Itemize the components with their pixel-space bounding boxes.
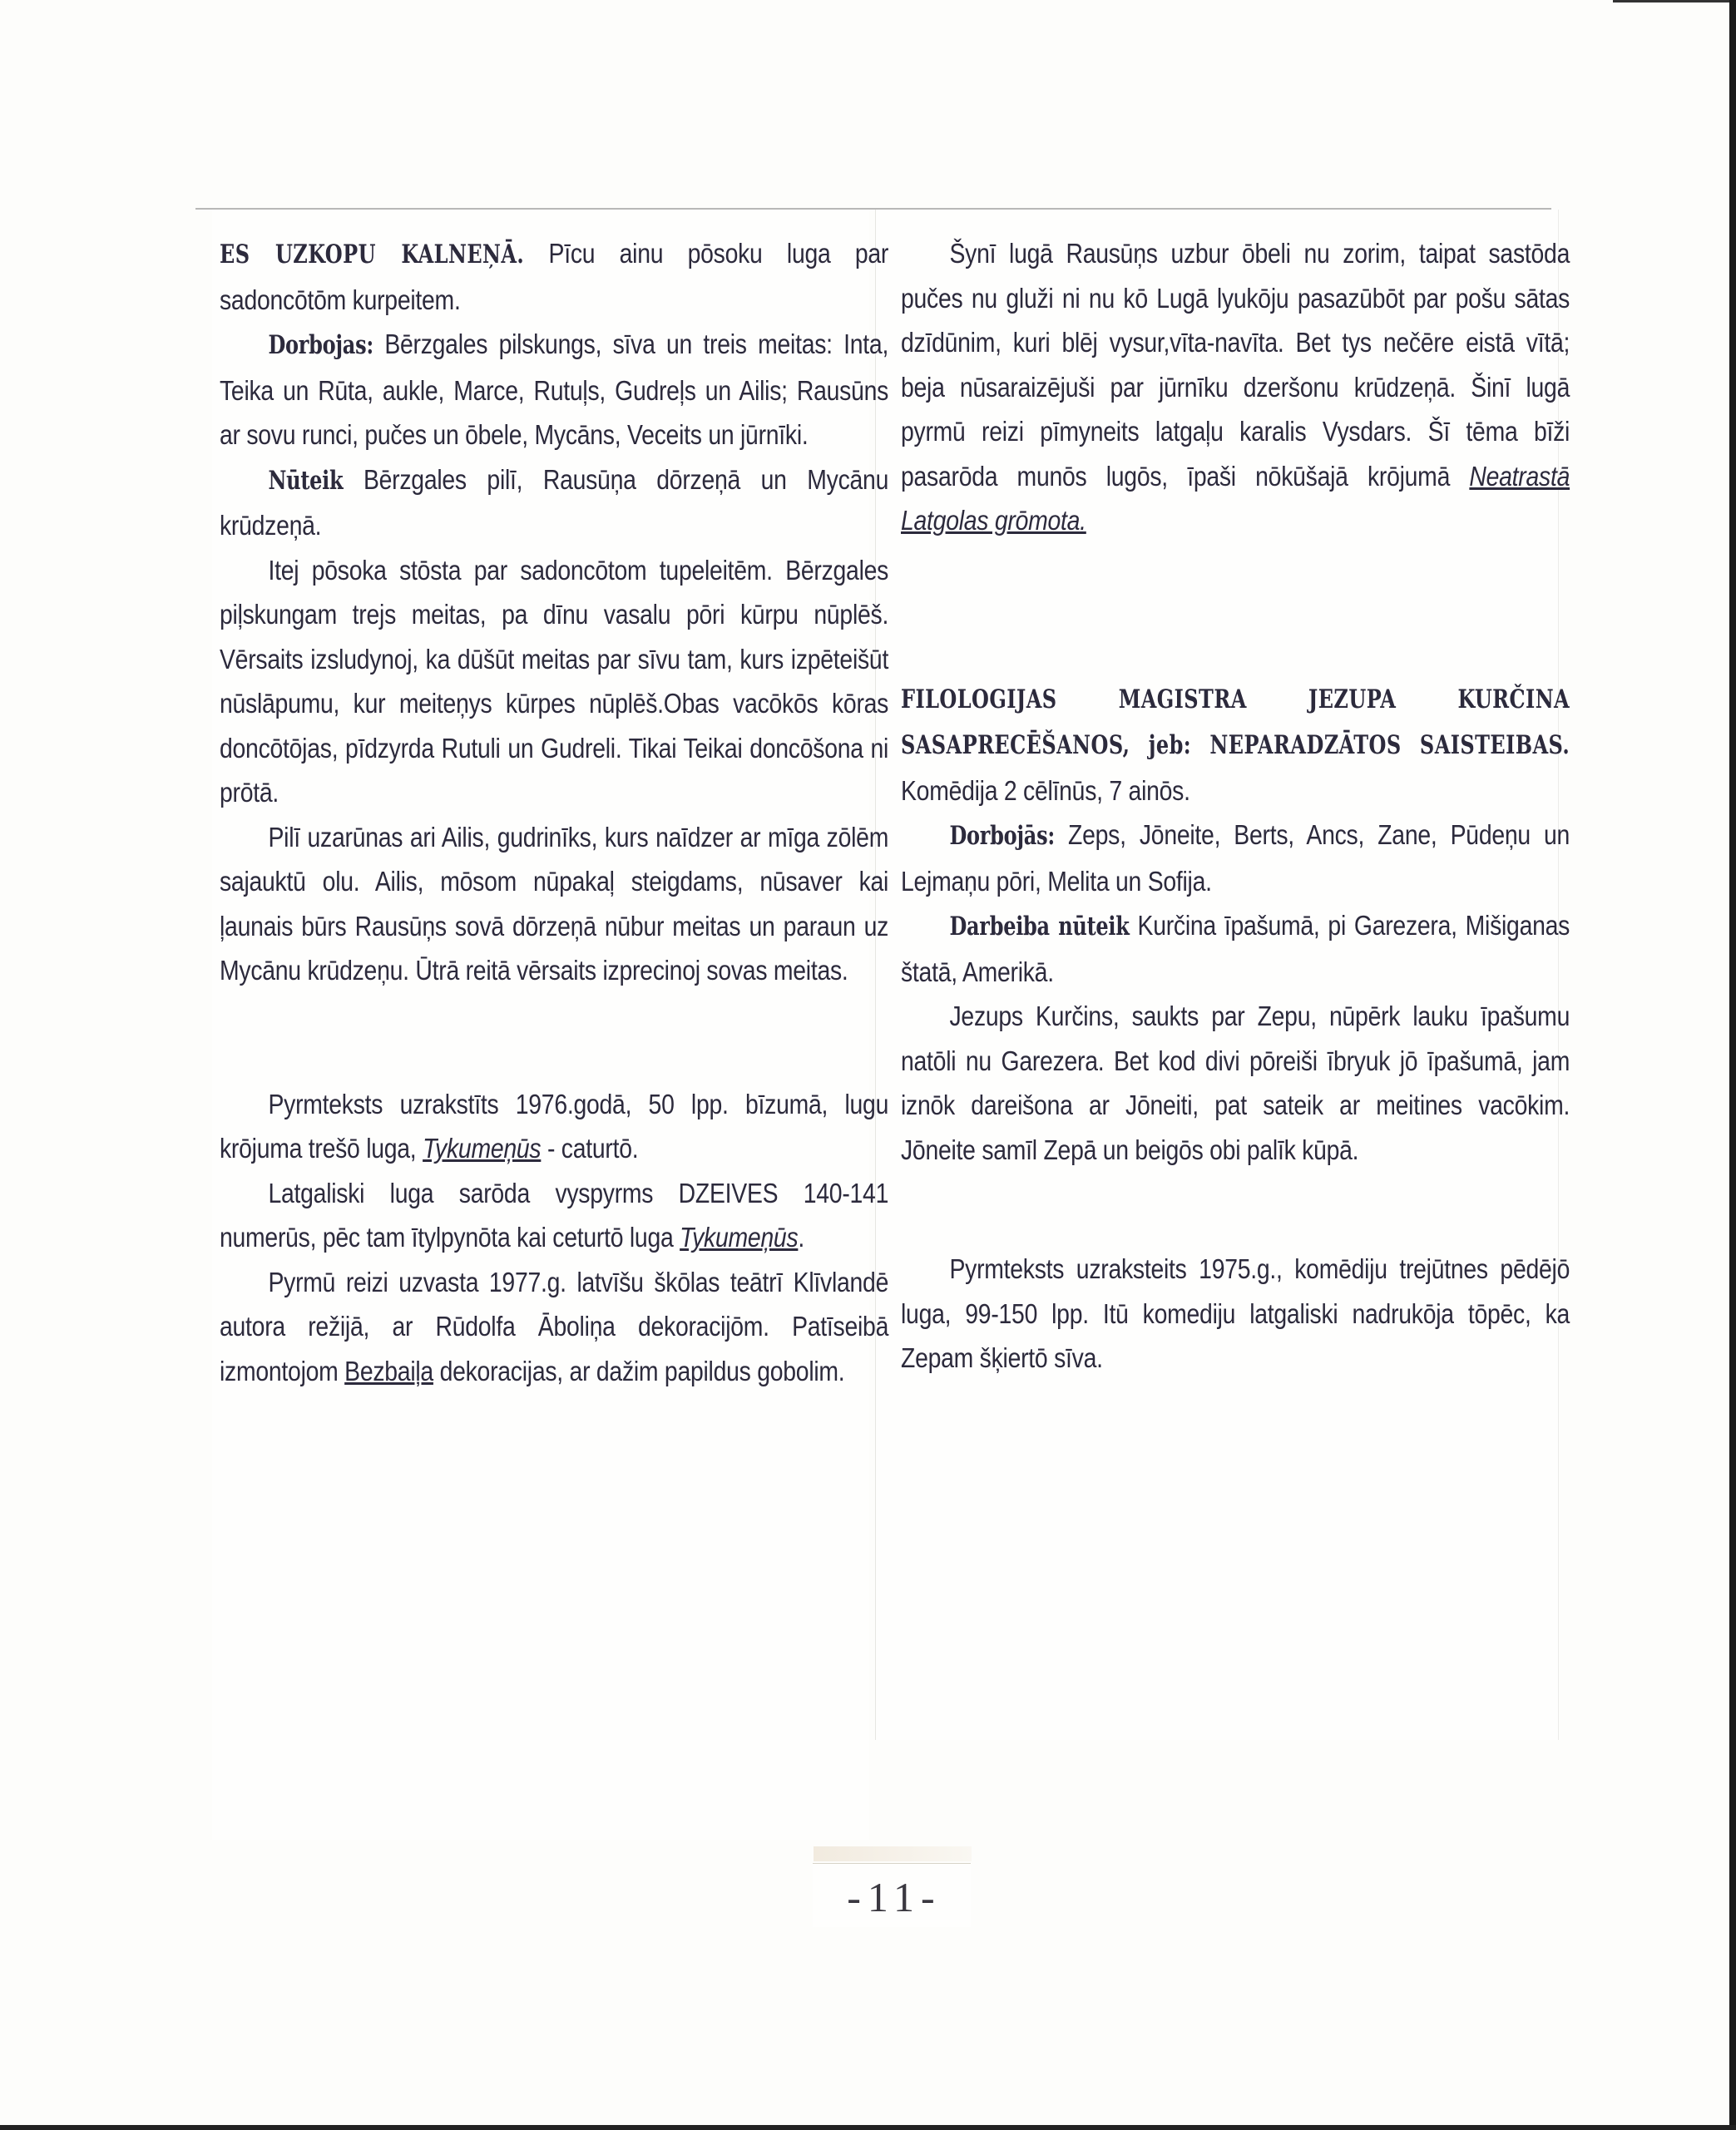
play2-setting: Darbeiba nūteik Kurčina īpašumā, pi Gare…	[901, 903, 1570, 994]
play2-cast-label: Dorbojās:	[949, 821, 1054, 851]
scan-edge-right	[1729, 0, 1736, 2130]
play1-cast: Dorbojas: Bērzgales pilskungs, sīva un t…	[220, 322, 888, 457]
play1-setting-label: Nūteik	[268, 466, 343, 496]
note-text: .	[798, 1222, 804, 1253]
note-text: dekoracijas, ar dažim papildus gobolim.	[433, 1356, 844, 1386]
play1-summary-2: Pilī uzarūnas ari Ailis, gudrinīks, kurs…	[220, 815, 888, 993]
play1-note-3: Pyrmū reizi uzvasta 1977.g. latvīšu škōl…	[220, 1260, 888, 1394]
paper-stain	[814, 1846, 972, 1861]
book-title-tykumenus: Tykumeņūs	[680, 1222, 798, 1253]
play1-summary-1: Itej pōsoka stōsta par sadoncōtom tupele…	[220, 548, 888, 815]
play1-intro: ES UZKOPU KALNEŅĀ. Pīcu ainu pōsoku luga…	[220, 231, 888, 322]
scan-edge-top	[1613, 0, 1729, 2]
name-bezbaila: Bezbaiļa	[344, 1356, 433, 1386]
play1-setting: Nūteik Bērzgales pilī, Rausūņa dōrzeņā u…	[220, 457, 888, 548]
play2-cast: Dorbojās: Zeps, Jōneite, Berts, Ancs, Za…	[901, 813, 1570, 903]
play1-cast-label: Dorbojas:	[268, 330, 373, 360]
play1-note-1: Pyrmteksts uzrakstīts 1976.godā, 50 lpp.…	[220, 1082, 888, 1171]
page-number: -11-	[832, 1873, 957, 1921]
play1-continued: Šynī lugā Rausūņs uzbur ōbeli nu zorim, …	[901, 231, 1570, 543]
right-column: Šynī lugā Rausūņs uzbur ōbeli nu zorim, …	[901, 231, 1570, 1381]
play2-note: Pyrmteksts uzraksteits 1975.g., komēdiju…	[901, 1247, 1570, 1381]
play2-title: FILOLOGIJAS MAGISTRA JEZUPA KURČINA SASA…	[901, 684, 1570, 761]
play2-intro: FILOLOGIJAS MAGISTRA JEZUPA KURČINA SASA…	[901, 676, 1570, 813]
scan-edge-bottom	[0, 2125, 1736, 2130]
spacer	[901, 1172, 1570, 1247]
play2-setting-label: Darbeiba nūteik	[949, 912, 1129, 941]
play1-title: ES UZKOPU KALNEŅĀ.	[220, 240, 524, 269]
left-column: ES UZKOPU KALNEŅĀ. Pīcu ainu pōsoku luga…	[220, 231, 888, 1393]
book-title-tykumenus: Tykumeņūs	[423, 1133, 541, 1164]
note-text: - caturtō.	[541, 1133, 638, 1164]
spacer	[220, 993, 888, 1082]
continued-text: Šynī lugā Rausūņs uzbur ōbeli nu zorim, …	[901, 238, 1570, 492]
play1-note-2: Latgaliski luga sarōda vyspyrms DZEIVES …	[220, 1171, 888, 1260]
play2-subtitle: Komēdija 2 cēlīnūs, 7 ainōs.	[901, 775, 1190, 806]
play2-summary: Jezups Kurčins, saukts par Zepu, nūpērk …	[901, 994, 1570, 1172]
spacer	[901, 543, 1570, 676]
